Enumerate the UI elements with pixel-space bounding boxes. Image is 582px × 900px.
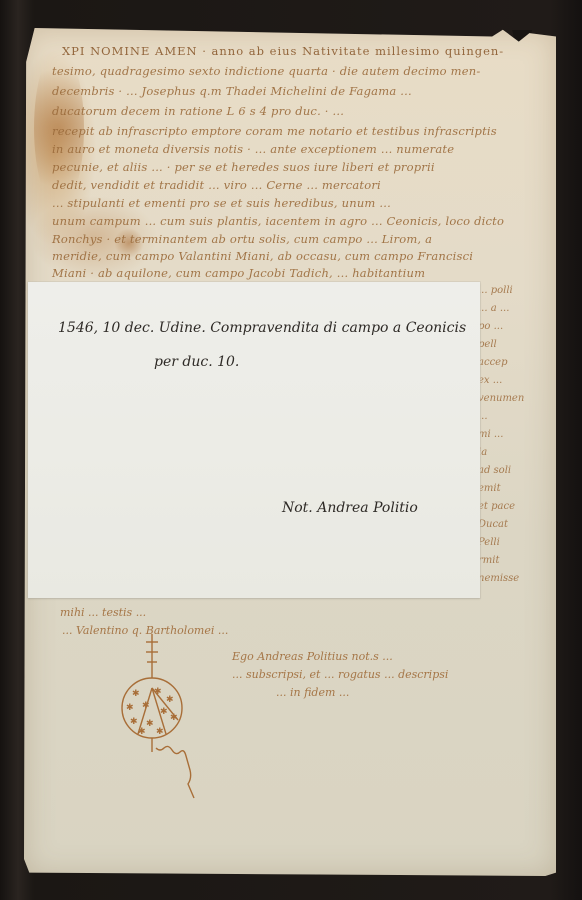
margin-word: Pelli [478,534,550,552]
parchment-line: XPI NOMINE AMEN · anno ab eius Nativitat… [62,44,504,58]
notary-subscription-line: ... in fidem ... [276,686,349,699]
slip-price-line: per duc. 10. [154,354,239,370]
svg-text:✱: ✱ [146,719,154,729]
svg-text:✱: ✱ [170,713,178,723]
margin-word: ... [478,408,550,426]
parchment-line: ducatorum decem in ratione L 6 s 4 pro d… [52,104,344,118]
svg-text:✱: ✱ [156,727,164,737]
margin-word: emit [478,480,550,498]
parchment-line: unum campum ... cum suis plantis, iacent… [52,214,504,228]
margin-word: po ... [478,318,550,336]
parchment-line: in auro et moneta diversis notis · ... a… [52,142,454,156]
parchment-line: decembris · ... Josephus q.m Thadei Mich… [52,84,412,98]
parchment-line: pecunie, et aliis ... · per se et herede… [52,160,435,174]
parchment-line: tesimo, quadragesimo sexto indictione qu… [52,64,480,78]
parchment-line: dedit, vendidit et tradidit ... viro ...… [52,178,381,192]
notary-signature: Not. Andrea Politio [282,500,418,516]
parchment-line: meridie, cum campo Valantini Miani, ab o… [52,249,473,263]
svg-text:✱: ✱ [138,727,146,737]
margin-word: ia [478,444,550,462]
margin-word: ... a ... [478,300,550,318]
parchment-line: Miani · ab aquilone, cum campo Jacobi Ta… [52,266,425,280]
margin-word: nemisse [478,570,550,588]
archival-slip: 1546, 10 dec. Udine. Compravendita di ca… [28,282,480,598]
svg-text:✱: ✱ [154,687,162,697]
margin-word: pell [478,336,550,354]
svg-text:✱: ✱ [126,703,134,713]
margin-word: Ducat [478,516,550,534]
document-viewer: XPI NOMINE AMEN · anno ab eius Nativitat… [0,0,582,900]
slip-summary-line: 1546, 10 dec. Udine. Compravendita di ca… [58,320,466,336]
parchment-line: ... stipulanti et ementi pro se et suis … [52,196,391,210]
parchment-line: recepit ab infrascripto emptore coram me… [52,124,497,138]
notary-subscription-line: ... subscripsi, et ... rogatus ... descr… [232,668,448,681]
svg-text:✱: ✱ [132,689,140,699]
margin-word: venumen [478,390,550,408]
parchment-line: Ronchys · et terminantem ab ortu solis, … [52,232,432,246]
margin-word: rmit [478,552,550,570]
parchment-lower-line: mihi ... testis ... [60,606,146,619]
svg-text:✱: ✱ [160,707,168,717]
svg-text:✱: ✱ [130,717,138,727]
margin-word: accep [478,354,550,372]
margin-word: ad soli [478,462,550,480]
svg-text:✱: ✱ [166,695,174,705]
margin-word: mi ... [478,426,550,444]
svg-text:✱: ✱ [142,701,150,711]
notary-subscription-line: Ego Andreas Politius not.s ... [232,650,393,663]
notary-signum-icon: ✱ ✱ ✱ ✱ ✱ ✱ ✱ ✱ ✱ ✱ ✱ [108,630,208,800]
margin-word: et pace [478,498,550,516]
margin-word: ... polli [478,282,550,300]
margin-text-column: ... polli ... a ... po ... pell accep ex… [478,282,550,588]
margin-word: ex ... [478,372,550,390]
